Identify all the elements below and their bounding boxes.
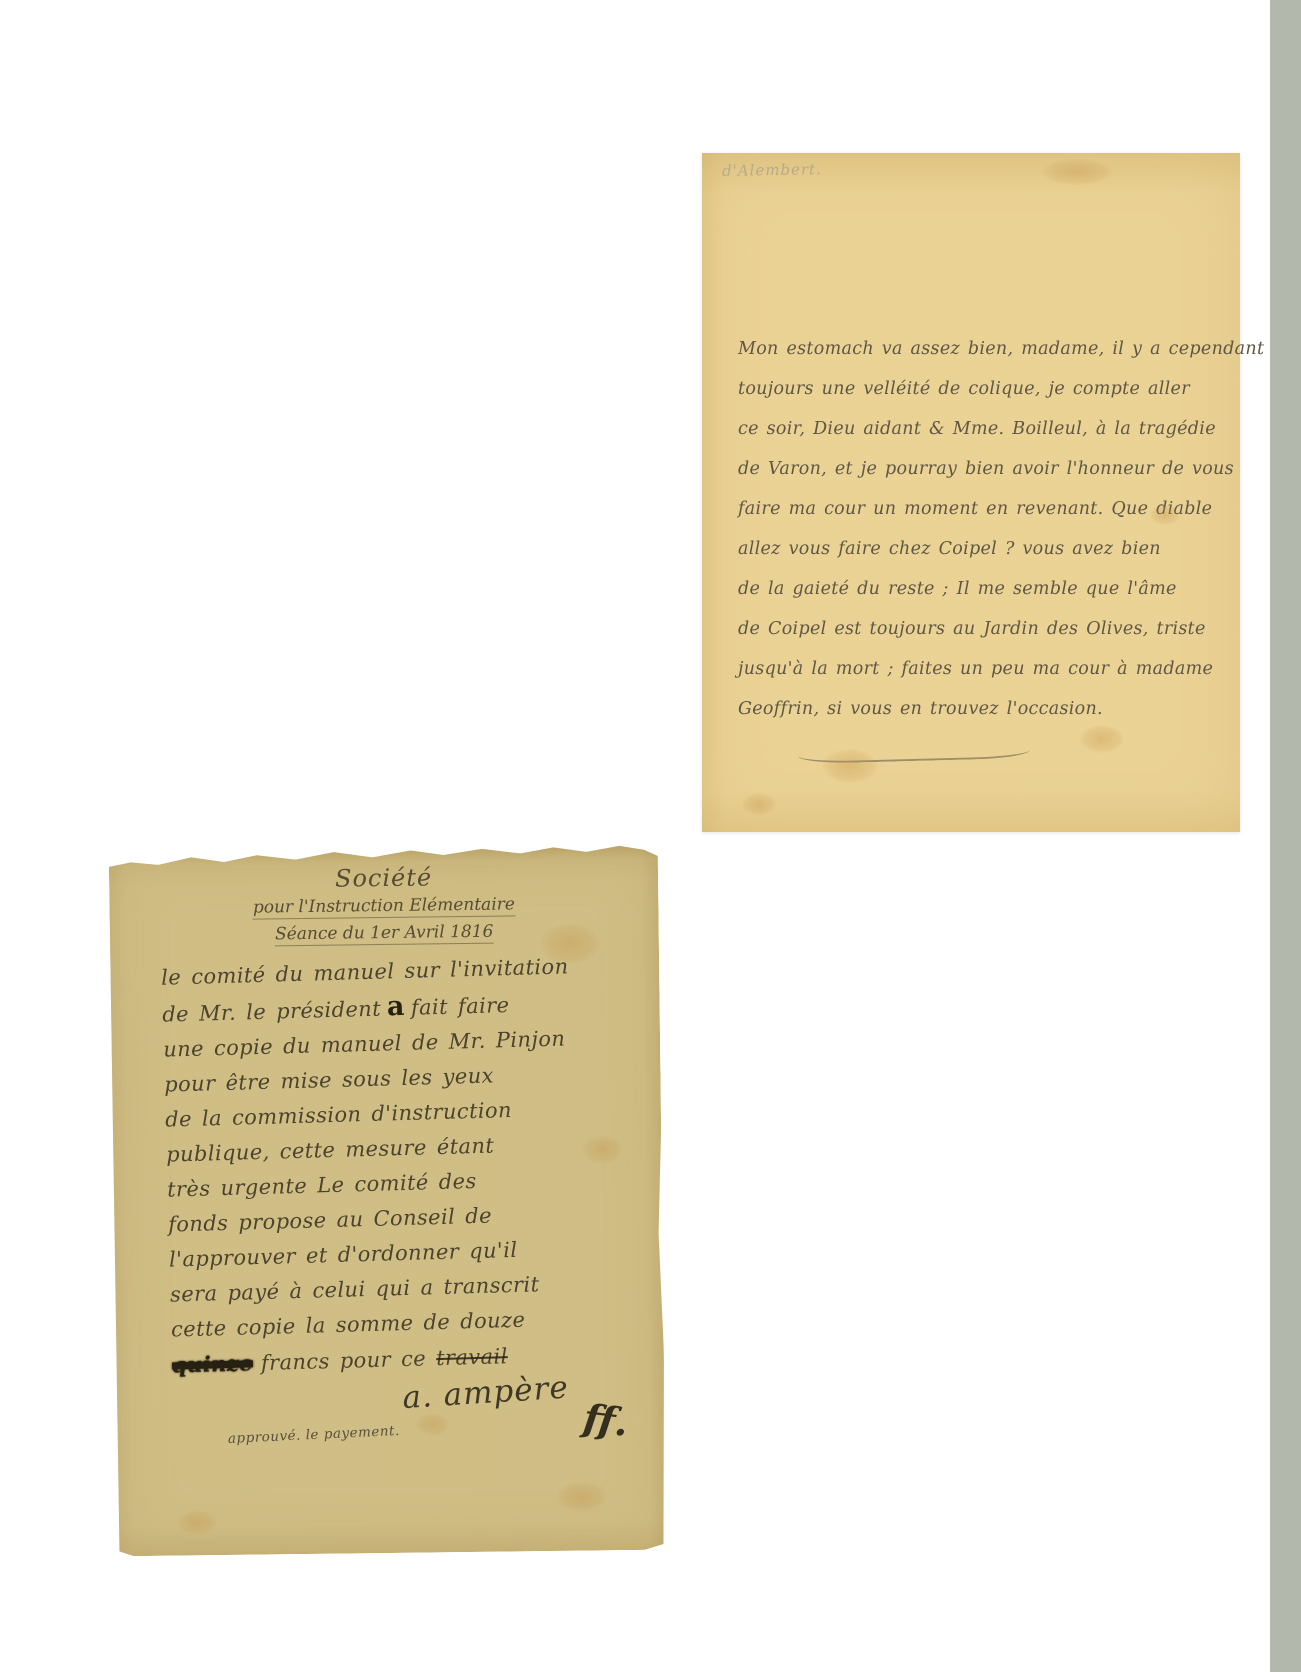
manuscript-report-ampere: Société pour l'Instruction Elémentaire S…: [109, 845, 667, 1557]
letter-header: Société pour l'Instruction Elémentaire S…: [109, 861, 659, 947]
crossed-out-word: quinze: [172, 1350, 254, 1377]
struck-through-word: travail: [436, 1344, 508, 1370]
handwritten-line: de la gaieté du reste ; Il me semble que…: [738, 569, 1218, 609]
inserted-word: a: [381, 991, 412, 1023]
handwritten-line: ce soir, Dieu aidant & Mme. Boilleul, à …: [738, 409, 1218, 449]
underline-flourish: [798, 742, 1030, 764]
foxing-spot: [1042, 159, 1112, 185]
page-margin-band: [1270, 0, 1301, 1672]
approval-note: approuvé. le payement.: [228, 1423, 400, 1447]
letter-body: le comité du manuel sur l'invitation de …: [161, 947, 673, 1384]
header-institution: pour l'Instruction Elémentaire: [109, 893, 658, 920]
handwritten-line: Mon estomach va assez bien, madame, il y…: [738, 329, 1218, 369]
foxing-spot: [742, 793, 776, 815]
header-session-date: Séance du 1er Avril 1816: [110, 920, 659, 947]
signature-ampere: a. ampère: [401, 1369, 569, 1416]
handwritten-line: faire ma cour un moment en revenant. Que…: [738, 489, 1218, 529]
handwritten-line: toujours une velléité de colique, je com…: [738, 369, 1218, 409]
foxing-spot: [416, 1413, 450, 1435]
manuscript-letter-dalembert: d'Alembert. Mon estomach va assez bien, …: [702, 153, 1240, 832]
handwritten-line: de Coipel est toujours au Jardin des Oli…: [738, 609, 1218, 649]
handwritten-line: jusqu'à la mort ; faites un peu ma cour …: [738, 649, 1218, 689]
foxing-spot: [177, 1510, 217, 1534]
letter-body: Mon estomach va assez bien, madame, il y…: [738, 329, 1218, 729]
catalog-page: d'Alembert. Mon estomach va assez bien, …: [0, 0, 1301, 1672]
handwritten-line: allez vous faire chez Coipel ? vous avez…: [738, 529, 1218, 569]
foxing-spot: [1080, 725, 1124, 753]
foxing-spot: [556, 1481, 606, 1512]
pencil-annotation: d'Alembert.: [722, 160, 822, 180]
handwritten-line: Geoffrin, si vous en trouvez l'occasion.: [738, 689, 1218, 729]
handwritten-line: de Varon, et je pourray bien avoir l'hon…: [738, 449, 1218, 489]
header-society: Société: [109, 861, 658, 896]
signature-paraph: ff.: [581, 1395, 631, 1445]
